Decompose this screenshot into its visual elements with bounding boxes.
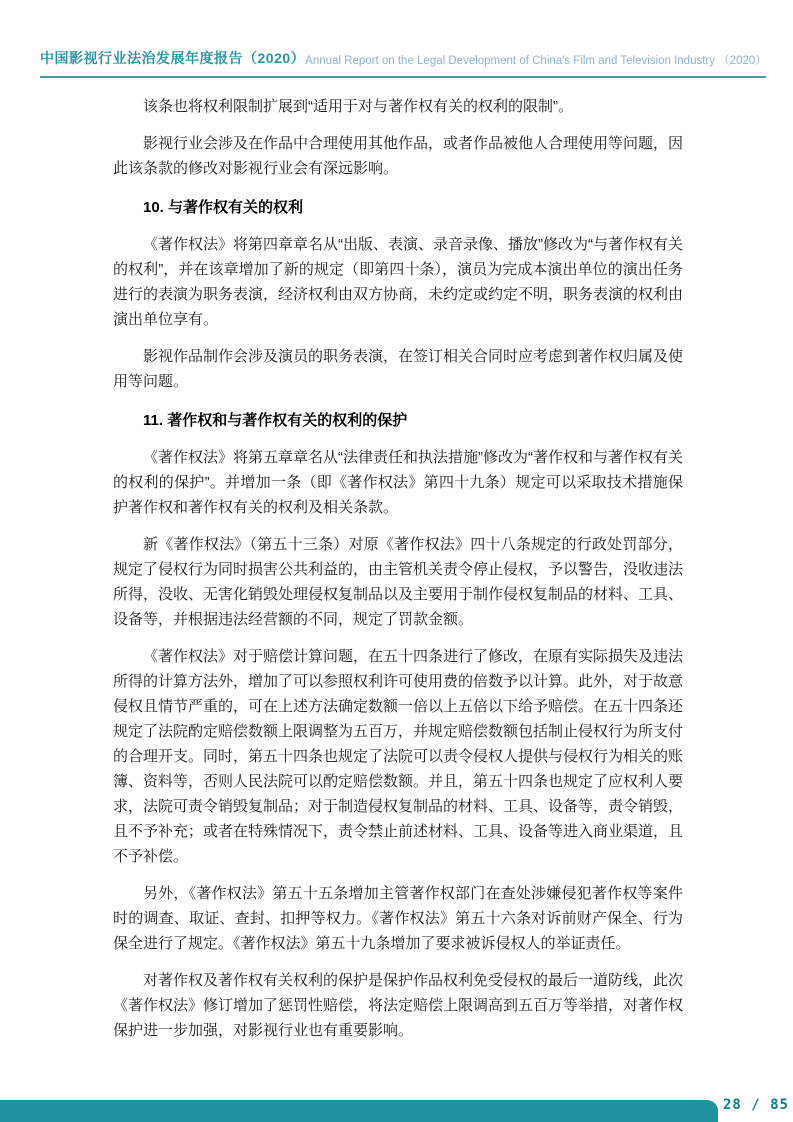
section-heading-11: 11. 著作权和与著作权有关的权利的保护 — [113, 408, 683, 433]
report-title-english: Annual Report on the Legal Development o… — [305, 52, 767, 68]
body-paragraph: 影视行业会涉及在作品中合理使用其他作品，或者作品被他人合理使用等问题，因此该条款… — [113, 131, 683, 181]
body-paragraph: 影视作品制作会涉及演员的职务表演，在签订相关合同时应考虑到著作权归属及使用等问题… — [113, 344, 683, 394]
document-page: 中国影视行业法治发展年度报告（2020） Annual Report on th… — [0, 0, 793, 1122]
section-heading-10: 10. 与著作权有关的权利 — [113, 195, 683, 220]
page-header: 中国影视行业法治发展年度报告（2020） Annual Report on th… — [40, 48, 766, 78]
body-paragraph: 另外，《著作权法》第五十五条增加主管著作权部门在查处涉嫌侵犯著作权等案件时的调查… — [113, 881, 683, 956]
body-paragraph: 《著作权法》将第五章章名从“法律责任和执法措施”修改为“著作权和与著作权有关的权… — [113, 445, 683, 520]
body-paragraph: 该条也将权利限制扩展到“适用于对与著作权有关的权利的限制”。 — [113, 94, 683, 119]
body-paragraph: 《著作权法》将第四章章名从“出版、表演、录音录像、播放”修改为“与著作权有关的权… — [113, 232, 683, 332]
body-paragraph: 新《著作权法》（第五十三条）对原《著作权法》四十八条规定的行政处罚部分，规定了侵… — [113, 532, 683, 632]
body-paragraph: 对著作权及著作权有关权利的保护是保护作品权利免受侵权的最后一道防线，此次《著作权… — [113, 968, 683, 1043]
footer-accent-bar — [0, 1100, 718, 1122]
page-body: 该条也将权利限制扩展到“适用于对与著作权有关的权利的限制”。 影视行业会涉及在作… — [113, 94, 683, 1055]
report-title-chinese: 中国影视行业法治发展年度报告（2020） — [40, 48, 305, 68]
page-number: 28 / 85 — [723, 1097, 789, 1113]
body-paragraph: 《著作权法》对于赔偿计算问题，在五十四条进行了修改，在原有实际损失及违法所得的计… — [113, 644, 683, 869]
